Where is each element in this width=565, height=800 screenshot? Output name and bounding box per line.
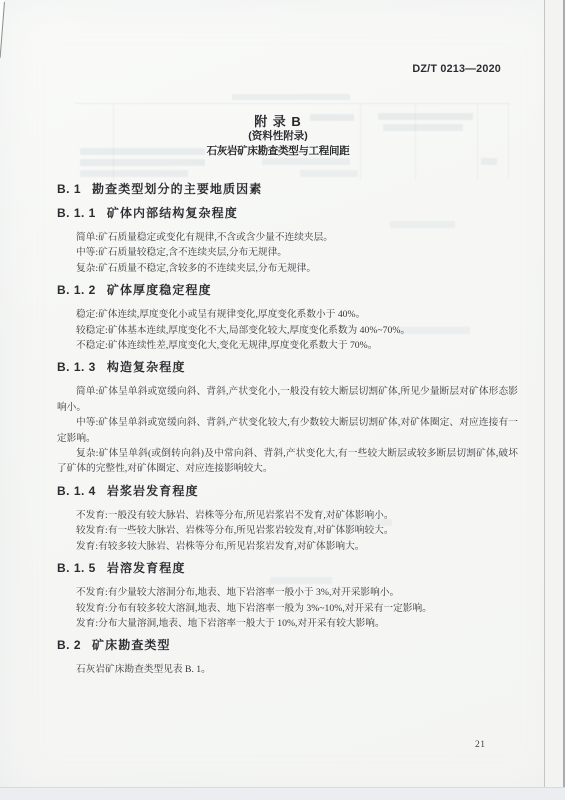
paragraph: 不发育:一般没有较大脉岩、岩株等分布,所见岩浆岩不发育,对矿体影响小。 [57,508,518,523]
show-through-text [300,170,358,177]
appendix-label: 附 录 B [0,114,556,130]
paragraph: 中等:矿石质量较稳定,含不连续夹层,分布无规律。 [57,245,518,260]
show-through-text [481,158,497,165]
show-through-text [262,158,350,165]
section-number: B. 1. 4 [57,484,96,498]
section-title: 矿体厚度稳定程度 [107,283,212,297]
paragraph: 较发育:分布有较多较大溶洞,地表、地下岩溶率一般为 3%~10%,对开采有一定影… [57,601,518,616]
section-heading-b1-4: B. 1. 4岩浆岩发育程度 [57,484,518,499]
section-number: B. 1 [57,182,81,196]
section-number: B. 1. 5 [57,561,96,575]
paragraph: 石灰岩矿床勘查类型见表 B. 1。 [57,662,518,677]
paragraph: 不稳定:矿体连续性差,厚度变化大,变化无规律,厚度变化系数大于 70%。 [57,338,518,353]
section-number: B. 1. 2 [57,283,96,297]
appendix-title-block: 附 录 B (资料性附录) 石灰岩矿床勘查类型与工程间距 [0,114,556,158]
document-body: B. 1勘查类型划分的主要地质因素 B. 1. 1矿体内部结构复杂程度 简单:矿… [57,182,518,678]
section-heading-b1-1: B. 1. 1矿体内部结构复杂程度 [57,206,518,221]
show-through-text [80,159,205,166]
section-heading-b1-2: B. 1. 2矿体厚度稳定程度 [57,283,518,298]
paragraph: 简单:矿石质量稳定或变化有规律,不含或含少量不连续夹层。 [57,230,518,245]
scan-bottom-strip [0,787,565,800]
paragraph: 稳定:矿体连续,厚度变化小或呈有规律变化,厚度变化系数小于 40%。 [57,307,518,322]
paragraph: 发育:分布大量溶洞,地表、地下岩溶率一般大于 10%,对开采有较大影响。 [57,616,518,631]
section-title: 矿床勘查类型 [92,638,171,652]
show-through-text [80,170,188,177]
section-number: B. 1. 3 [57,360,96,374]
appendix-type-note: (资料性附录) [0,130,556,144]
paragraph: 不发育:有少量较大溶洞分布,地表、地下岩溶率一般小于 3%,对开采影响小。 [57,585,518,600]
section-number: B. 1. 1 [57,206,96,220]
show-through-line [75,103,510,104]
show-through-text [232,94,350,100]
section-heading-b1: B. 1勘查类型划分的主要地质因素 [57,182,518,197]
section-heading-b1-5: B. 1. 5岩溶发育程度 [57,561,518,576]
paragraph: 简单:矿体呈单斜或宽缓向斜、背斜,产状变化小,一般没有较大断层切割矿体,所见少量… [57,384,518,415]
standard-code: DZ/T 0213—2020 [412,63,501,75]
paragraph: 复杂:矿石质量不稳定,含较多的不连续夹层,分布无规律。 [57,261,518,276]
section-title: 构造复杂程度 [107,360,186,374]
paragraph: 较稳定:矿体基本连续,厚度变化不大,局部变化较大,厚度变化系数为 40%~70%… [57,323,518,338]
section-heading-b1-3: B. 1. 3构造复杂程度 [57,360,518,375]
page-number: 21 [475,740,486,750]
section-title: 岩溶发育程度 [107,561,186,575]
paragraph: 发育:有较多较大脉岩、岩株等分布,所见岩浆岩发育,对矿体影响大。 [57,539,518,554]
scanned-page: DZ/T 0213—2020 附 录 B (资料性附录) 石灰岩矿床勘查类型与工… [0,0,565,800]
section-title: 勘查类型划分的主要地质因素 [92,182,262,196]
paragraph: 较发育:有一些较大脉岩、岩株等分布,所见岩浆岩较发育,对矿体影响较大。 [57,523,518,538]
paragraph: 复杂:矿体呈单斜(或倒转向斜)及中常向斜、背斜,产状变化大,有一些较大断层或较多… [57,446,518,477]
appendix-title: 石灰岩矿床勘查类型与工程间距 [0,144,556,158]
section-number: B. 2 [57,638,81,652]
section-title: 矿体内部结构复杂程度 [107,206,238,220]
section-title: 岩浆岩发育程度 [107,484,199,498]
paragraph: 中等:矿体呈单斜或宽缓向斜、背斜,产状变化较大,有少数较大断层切割矿体,对矿体圈… [57,415,518,446]
section-heading-b2: B. 2矿床勘查类型 [57,638,518,653]
